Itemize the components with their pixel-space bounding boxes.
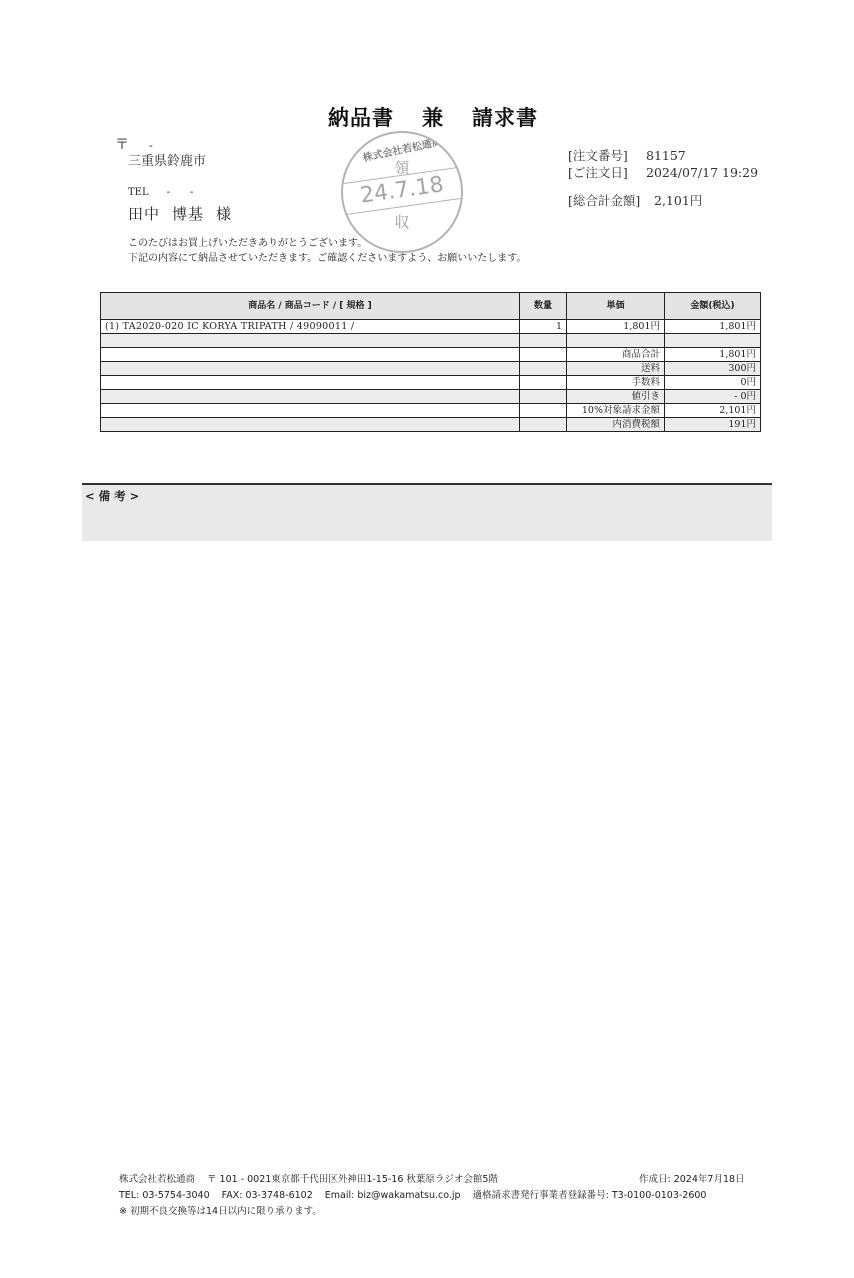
table-header-row: 商品名 / 商品コード / [ 規格 ] 数量 単価 金額(税込) <box>101 293 761 320</box>
footer-email[interactable]: Email: biz@wakamatsu.co.jp <box>325 1190 461 1201</box>
summary-label: 値引き <box>567 390 665 404</box>
greeting-line-1: このたびはお買上げいただきありがとうございます。 <box>128 236 526 251</box>
footer-registration: 適格請求書発行事業者登録番号: T3-0100-0103-2600 <box>473 1190 707 1201</box>
recipient-address: 三重県鈴鹿市 <box>128 150 206 169</box>
stamp-bottom-char: 収 <box>343 211 461 232</box>
order-info: [注文番号]81157 [ご注文日]2024/07/17 19:29 [総合計金… <box>568 147 758 209</box>
remarks-label: < 備 考 > <box>85 488 139 504</box>
title-and: 兼 <box>422 106 444 130</box>
header-amount: 金額(税込) <box>665 293 761 320</box>
empty-cell <box>665 334 761 348</box>
empty-cell <box>101 418 520 432</box>
summary-value: 300円 <box>665 362 761 376</box>
empty-cell <box>520 362 567 376</box>
summary-value: 2,101円 <box>665 404 761 418</box>
recipient-tel: TEL- - <box>128 183 193 198</box>
item-unit-price: 1,801円 <box>567 320 665 334</box>
summary-label: 10%対象請求金額 <box>567 404 665 418</box>
empty-cell <box>520 418 567 432</box>
footer-company: 株式会社若松通商 <box>119 1174 195 1185</box>
footer-tel: TEL: 03-5754-3040 <box>119 1190 210 1201</box>
empty-cell <box>567 334 665 348</box>
empty-cell <box>101 404 520 418</box>
summary-value: - 0円 <box>665 390 761 404</box>
document-title: 納品書兼請求書 <box>0 102 854 132</box>
empty-cell <box>520 376 567 390</box>
postal-mark-icon: 〒 <box>115 137 129 153</box>
order-date-row: [ご注文日]2024/07/17 19:29 <box>568 164 758 181</box>
summary-value: 1,801円 <box>665 348 761 362</box>
summary-value: 191円 <box>665 418 761 432</box>
order-date-value: 2024/07/17 19:29 <box>646 165 758 180</box>
given-name: 博基 <box>172 205 204 223</box>
header-product: 商品名 / 商品コード / [ 規格 ] <box>101 293 520 320</box>
footer-fax: FAX: 03-3748-6102 <box>222 1190 313 1201</box>
empty-cell <box>520 334 567 348</box>
grand-total-label: [総合計金額] <box>568 192 654 209</box>
honorific: 様 <box>216 205 232 223</box>
footer-note: ※ 初期不良交換等は14日以内に限り承ります。 <box>119 1204 706 1220</box>
summary-row-subtotal: 商品合計 1,801円 <box>101 348 761 362</box>
tel-value: - - <box>167 187 194 198</box>
summary-row-fee: 手数料 0円 <box>101 376 761 390</box>
grand-total-value: 2,101円 <box>654 193 702 208</box>
footer-created-date: 作成日: 2024年7月18日 <box>639 1172 745 1188</box>
footer-address: 〒 101 - 0021東京都千代田区外神田1-15-16 秋葉原ラジオ会館5階 <box>207 1174 498 1185</box>
greeting-line-2: 下記の内容にて納品させていただきます。ご確認くださいますよう、お願いいたします。 <box>128 251 526 266</box>
grand-total-row: [総合計金額]2,101円 <box>568 192 758 209</box>
remarks-section: < 備 考 > <box>82 483 772 541</box>
title-delivery-note: 納品書 <box>328 106 394 130</box>
empty-cell <box>101 362 520 376</box>
empty-cell <box>101 334 520 348</box>
footer: 株式会社若松通商〒 101 - 0021東京都千代田区外神田1-15-16 秋葉… <box>119 1172 706 1220</box>
footer-line-1: 株式会社若松通商〒 101 - 0021東京都千代田区外神田1-15-16 秋葉… <box>119 1172 706 1188</box>
recipient-name: 田中博基様 <box>128 203 232 224</box>
summary-label: 内消費税額 <box>567 418 665 432</box>
empty-cell <box>520 404 567 418</box>
header-quantity: 数量 <box>520 293 567 320</box>
summary-row-tax: 内消費税額 191円 <box>101 418 761 432</box>
item-amount: 1,801円 <box>665 320 761 334</box>
item-product: (1) TA2020-020 IC KORYA TRIPATH / 490900… <box>101 320 520 334</box>
empty-cell <box>101 348 520 362</box>
summary-row-taxable-total: 10%対象請求金額 2,101円 <box>101 404 761 418</box>
order-date-label: [ご注文日] <box>568 164 646 181</box>
family-name: 田中 <box>128 205 160 223</box>
footer-line-2: TEL: 03-5754-3040FAX: 03-3748-6102Email:… <box>119 1188 706 1204</box>
summary-label: 送料 <box>567 362 665 376</box>
order-number-value: 81157 <box>646 148 686 163</box>
summary-row-shipping: 送料 300円 <box>101 362 761 376</box>
empty-cell <box>520 390 567 404</box>
items-table: 商品名 / 商品コード / [ 規格 ] 数量 単価 金額(税込) (1) TA… <box>100 292 761 432</box>
empty-cell <box>520 348 567 362</box>
tel-label: TEL <box>128 187 149 198</box>
summary-label: 手数料 <box>567 376 665 390</box>
empty-cell <box>101 376 520 390</box>
header-unit-price: 単価 <box>567 293 665 320</box>
title-invoice: 請求書 <box>472 106 538 130</box>
greeting-message: このたびはお買上げいただきありがとうございます。 下記の内容にて納品させていただ… <box>128 236 526 266</box>
table-row-empty <box>101 334 761 348</box>
empty-cell <box>101 390 520 404</box>
item-quantity: 1 <box>520 320 567 334</box>
receipt-stamp: 株式会社若松通商 領 24.7.18 収 <box>341 131 463 253</box>
summary-label: 商品合計 <box>567 348 665 362</box>
summary-row-discount: 値引き - 0円 <box>101 390 761 404</box>
order-number-label: [注文番号] <box>568 147 646 164</box>
order-number-row: [注文番号]81157 <box>568 147 758 164</box>
summary-value: 0円 <box>665 376 761 390</box>
table-row: (1) TA2020-020 IC KORYA TRIPATH / 490900… <box>101 320 761 334</box>
